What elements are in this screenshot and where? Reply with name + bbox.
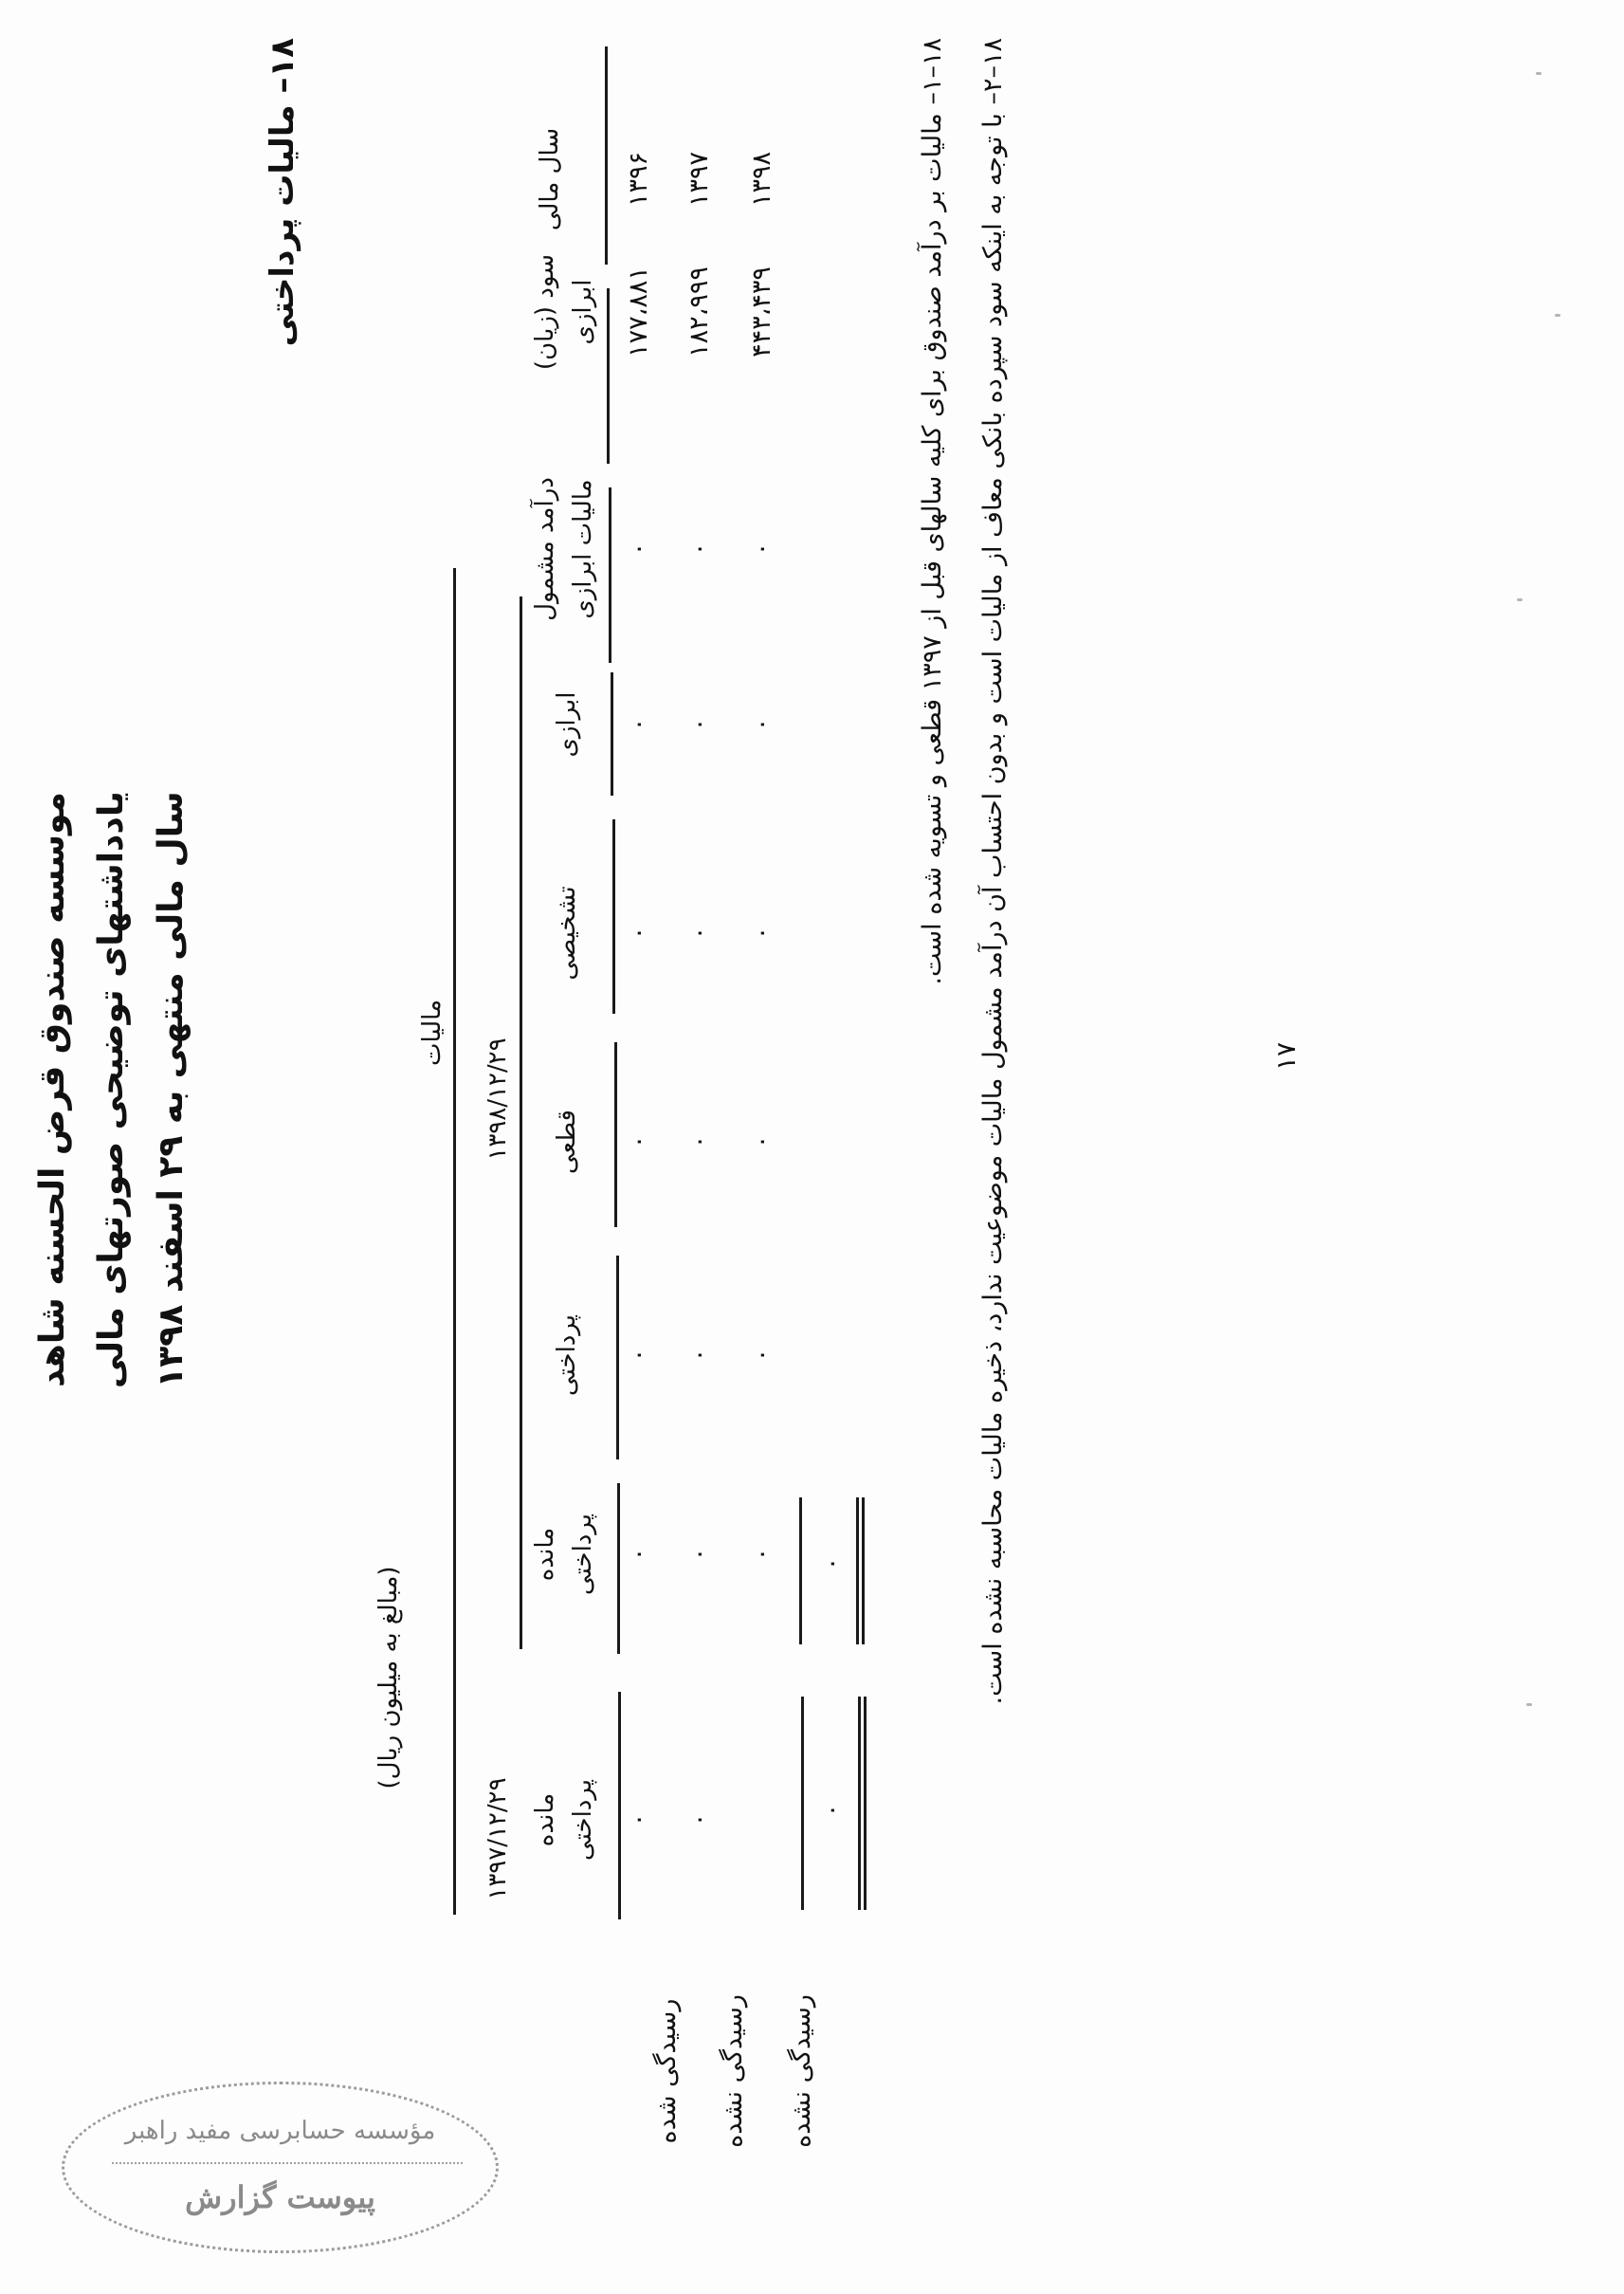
- cell-assessed: ۰: [684, 848, 714, 1019]
- cell-declared-profit: ۱۸۲،۹۹۹: [684, 227, 714, 397]
- cell-paid: ۰: [747, 1270, 776, 1441]
- subtotal-rule-1397: [801, 1697, 804, 1910]
- cell-balance-1398: ۰: [747, 1469, 776, 1640]
- col-balance-1397: مانده پرداختی: [526, 1758, 602, 1881]
- cell-status: رسیدگی شده: [652, 1976, 682, 2166]
- tax-group-rule: [453, 568, 456, 1915]
- cell-declared-profit: ۱۷۷،۸۸۱: [624, 227, 653, 397]
- cell-paid: ۰: [624, 1270, 653, 1441]
- cell-status: رسیدگی نشده: [787, 1976, 816, 2166]
- cell-balance-1398: ۰: [624, 1469, 653, 1640]
- cell-taxable-income: ۰: [624, 464, 653, 634]
- date-1398-header: ۱۳۹۸/۱۲/۲۹: [479, 985, 517, 1213]
- col-assessed: تشخیصی: [548, 872, 586, 995]
- cell-final: ۰: [684, 1056, 714, 1227]
- section-heading: ۱۸– مالیات پرداختی: [264, 38, 301, 346]
- total-balance-1397: ۰: [817, 1782, 847, 1839]
- page-number: ۱۷: [1270, 1028, 1302, 1085]
- tax-group-header: مالیات: [413, 938, 451, 1128]
- cell-taxable-income: ۰: [684, 464, 714, 634]
- col-taxable-income: درآمد مشمول مالیات ابرازی: [526, 464, 602, 634]
- fiscal-period: سال مالی منتهی به ۲۹ اسفند ۱۳۹۸: [152, 710, 191, 1469]
- stamp-auditor-name: مؤسسه حسابرسی مفید راهبر: [64, 2117, 496, 2145]
- org-name: موسسه صندوق قرض الحسنه شاهد: [33, 710, 72, 1469]
- cell-balance-1397: ۰: [624, 1734, 653, 1905]
- cell-status: رسیدگی نشده: [719, 1976, 748, 2166]
- col-declared: ابرازی: [548, 663, 586, 786]
- cell-declared: ۰: [684, 639, 714, 810]
- cell-balance-1397: ۰: [684, 1734, 714, 1905]
- cell-paid: ۰: [684, 1270, 714, 1441]
- unit-note: (مبالغ به میلیون ریال): [370, 1564, 408, 1791]
- date-1398-rule: [520, 596, 522, 1649]
- cell-declared: ۰: [747, 639, 776, 810]
- col-declared-profit: سود (زیان) ابرازی: [526, 227, 602, 397]
- col-balance-1398: مانده پرداختی: [526, 1493, 602, 1616]
- subtotal-rule-1398: [799, 1497, 802, 1644]
- total-double-rule-1397: [858, 1697, 867, 1910]
- date-1397-header: ۱۳۹۷/۱۲/۲۹: [479, 1725, 517, 1953]
- cell-declared: ۰: [624, 639, 653, 810]
- cell-final: ۰: [624, 1056, 653, 1227]
- footnote-18-2: ۱۸–۲– با توجه به اینکه سود سپرده بانکی م…: [978, 38, 1008, 1704]
- cell-balance-1398: ۰: [684, 1469, 714, 1640]
- col-paid: پرداختی: [548, 1294, 586, 1417]
- col-final: قطعی: [548, 1080, 586, 1203]
- cell-assessed: ۰: [747, 848, 776, 1019]
- total-double-rule-1398: [856, 1497, 865, 1644]
- footnote-18-1: ۱۸–۱– مالیات بر درآمد صندوق برای کلیه سا…: [918, 38, 947, 985]
- total-balance-1398: ۰: [817, 1535, 847, 1592]
- cell-assessed: ۰: [624, 848, 653, 1019]
- cell-declared-profit: ۴۴۳،۴۳۹: [747, 227, 776, 397]
- notes-subtitle: یادداشتهای توضیحی صورتهای مالی: [92, 710, 131, 1469]
- cell-final: ۰: [747, 1056, 776, 1227]
- document-page: موسسه صندوق قرض الحسنه شاهد یادداشتهای ت…: [0, 0, 1624, 2294]
- cell-taxable-income: ۰: [747, 464, 776, 634]
- stamp-label: پیوست گزارش: [64, 2179, 496, 2215]
- auditor-stamp: مؤسسه حسابرسی مفید راهبر پیوست گزارش: [62, 2082, 499, 2253]
